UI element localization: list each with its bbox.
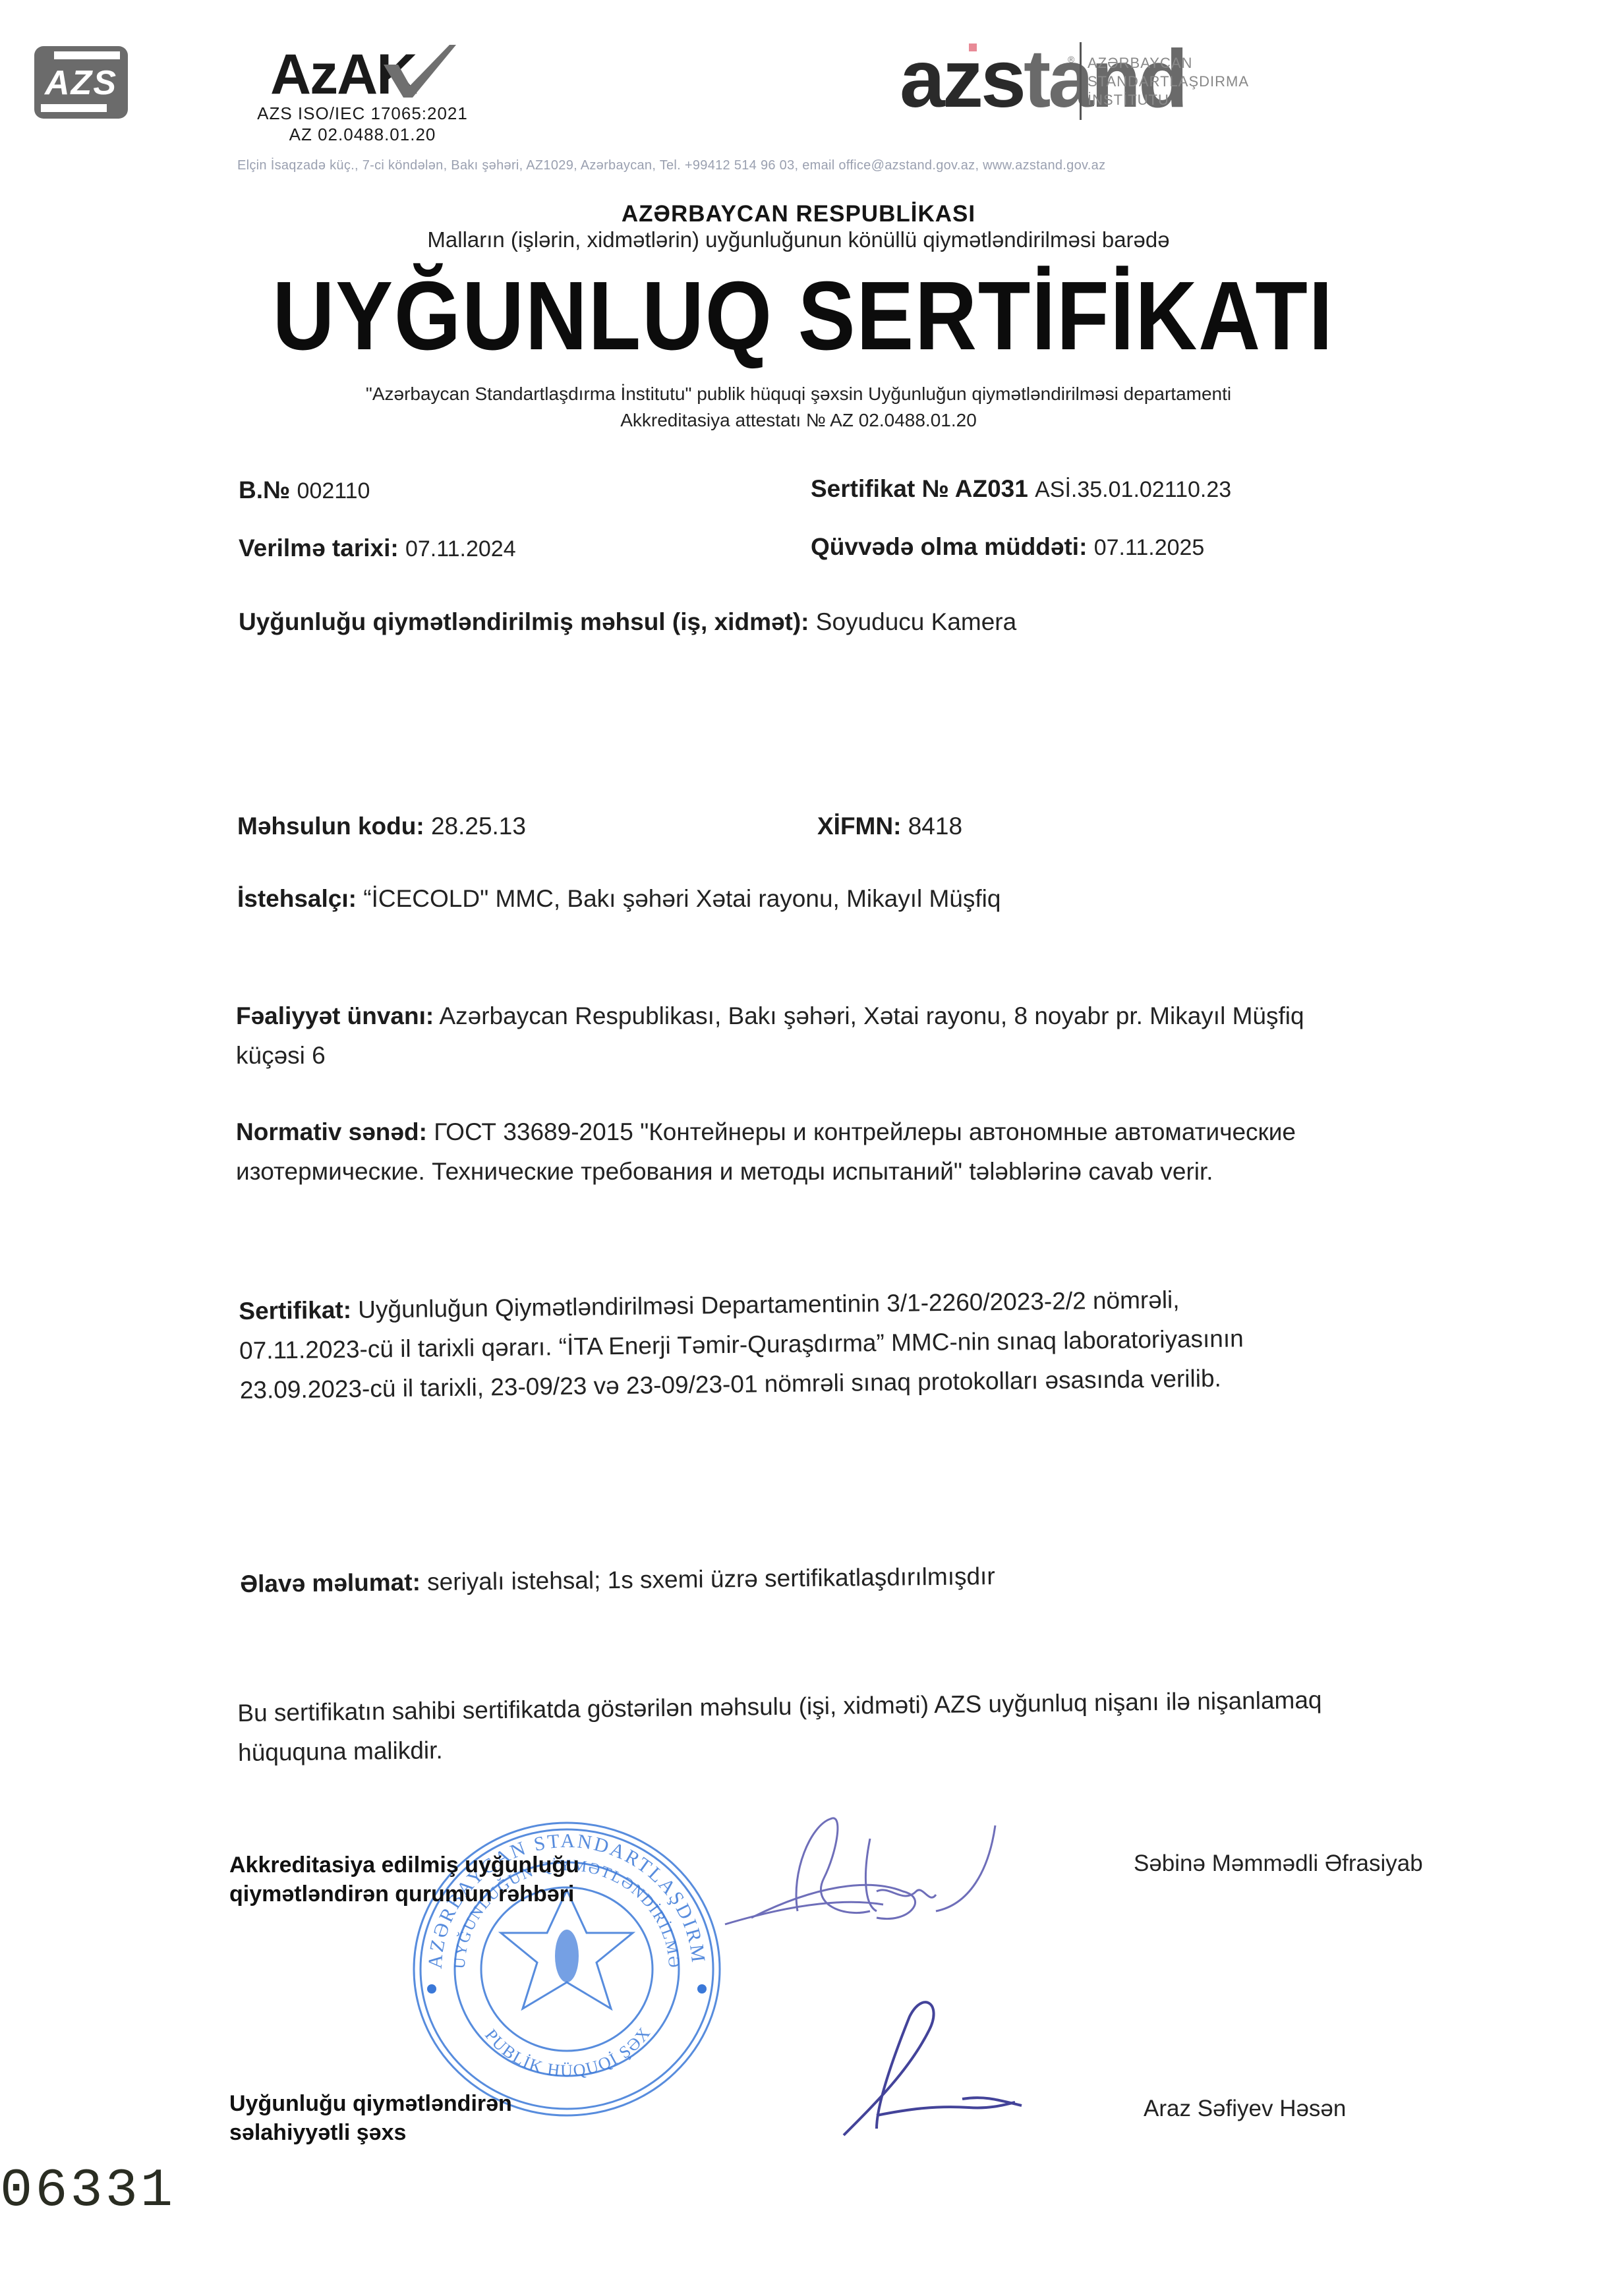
field-value: Uyğunluğun Qiymətləndirilməsi Departamen… bbox=[358, 1286, 1180, 1323]
institute-line: STANDARTLAŞDIRMA bbox=[1088, 72, 1249, 91]
issue-date: Verilmə tarixi: 07.11.2024 bbox=[239, 531, 516, 566]
registered-icon: ® bbox=[1068, 54, 1074, 65]
institute-line: AZƏRBAYCAN bbox=[1088, 54, 1249, 72]
normative-document: Normativ sənəd: ГОСТ 33689-2015 "Контейн… bbox=[236, 1112, 1296, 1191]
product: Uyğunluğu qiymətləndirilmiş məhsul (iş, … bbox=[239, 605, 1016, 639]
xifmn-code: XİFMN: 8418 bbox=[817, 809, 962, 844]
field-label: Uyğunluğu qiymətləndirilmiş məhsul (iş, … bbox=[239, 608, 809, 635]
authorized-signatory-label: Uyğunluğu qiymətləndirən səlahiyyətli şə… bbox=[229, 2089, 512, 2147]
field-label: Sertifikat № AZ031 bbox=[811, 475, 1028, 502]
field-label: Məhsulun kodu: bbox=[237, 813, 424, 840]
field-value: seriyalı istehsal; 1s sxemi üzrə sertifi… bbox=[427, 1563, 995, 1595]
field-label: Qüvvədə olma müddəti: bbox=[811, 533, 1087, 560]
contact-line: Elçin İsaqzadə küç., 7-ci köndələn, Bakı… bbox=[237, 158, 1450, 173]
serial-number: 06331 bbox=[0, 2160, 175, 2222]
azak-standard: AZS ISO/IEC 17065:2021 bbox=[237, 103, 488, 124]
certificate-title: UYĞUNLUQ SERTİFİKATI bbox=[100, 264, 1505, 369]
signatory-label-line: qiymətləndirən qurumun rəhbəri bbox=[229, 1880, 579, 1909]
activity-address: Fəaliyyət ünvanı: Azərbaycan Respublikas… bbox=[236, 996, 1304, 1076]
field-label: Verilmə tarixi: bbox=[239, 534, 399, 561]
signatory-label-line: Akkreditasiya edilmiş uyğunluğu bbox=[229, 1851, 579, 1880]
issuing-department: "Azərbaycan Standartlaşdırma İnstitutu" … bbox=[0, 384, 1597, 405]
azak-accreditation-number: AZ 02.0488.01.20 bbox=[237, 124, 488, 145]
signatory-label-line: səlahiyyətli şəxs bbox=[229, 2118, 512, 2147]
field-value: Azərbaycan Respublikası, Bakı şəhəri, Xə… bbox=[439, 1002, 1304, 1029]
field-value: 8418 bbox=[908, 813, 962, 840]
rights-statement: Bu sertifikatın sahibi sertifikatda göst… bbox=[237, 1680, 1323, 1773]
blank-number: B.№ 002110 bbox=[239, 473, 370, 508]
checkmark-icon bbox=[384, 45, 456, 98]
field-label: XİFMN: bbox=[817, 813, 901, 840]
field-label: Normativ sənəd: bbox=[236, 1118, 427, 1145]
field-value: 07.11.2025 bbox=[1094, 535, 1205, 560]
authorized-signature bbox=[837, 1990, 1074, 2142]
field-value: ASİ.35.01.02110.23 bbox=[1035, 477, 1231, 502]
field-label: Əlavə məlumat: bbox=[240, 1568, 421, 1597]
field-label: B.№ bbox=[239, 476, 290, 503]
azak-accreditation: AZS ISO/IEC 17065:2021 AZ 02.0488.01.20 bbox=[237, 103, 488, 145]
logo-divider bbox=[1080, 42, 1082, 120]
valid-until: Qüvvədə olma müddəti: 07.11.2025 bbox=[811, 530, 1204, 565]
azs-logo-text: AZS bbox=[40, 66, 123, 100]
field-value: “İCECOLD" MMC, Bakı şəhəri Xətai rayonu,… bbox=[363, 885, 1001, 912]
institute-line: İNSTİTUTU bbox=[1088, 91, 1249, 109]
field-value: 07.11.2024 bbox=[405, 536, 516, 561]
authorized-signatory-name: Araz Səfiyev Həsən bbox=[1144, 2096, 1346, 2122]
certificate-basis: Sertifikat: Uyğunluğun Qiymətləndirilməs… bbox=[239, 1279, 1244, 1410]
field-value: 28.25.13 bbox=[431, 813, 526, 840]
manufacturer: İstehsalçı: “İCECOLD" MMC, Bakı şəhəri X… bbox=[237, 882, 1001, 916]
field-value: Soyuducu Kamera bbox=[816, 608, 1016, 635]
certificate-subject: Malların (işlərin, xidmətlərin) uyğunluğ… bbox=[0, 227, 1597, 252]
republic-heading: AZƏRBAYCAN RESPUBLİKASI bbox=[0, 201, 1597, 227]
azstand-logo-dark: azs bbox=[900, 34, 1024, 125]
certificate-number: Sertifikat № AZ031 ASİ.35.01.02110.23 bbox=[811, 472, 1231, 507]
product-code: Məhsulun kodu: 28.25.13 bbox=[237, 809, 526, 844]
head-signature bbox=[712, 1812, 1081, 1937]
field-value: изотермические. Технические требования и… bbox=[236, 1152, 1296, 1191]
azstand-institute-name: AZƏRBAYCAN STANDARTLAŞDIRMA İNSTİTUTU bbox=[1088, 54, 1249, 109]
field-label: Fəaliyyət ünvanı: bbox=[236, 1002, 434, 1029]
field-value: küçəsi 6 bbox=[236, 1036, 1304, 1076]
signatory-label-line: Uyğunluğu qiymətləndirən bbox=[229, 2089, 512, 2118]
field-label: İstehsalçı: bbox=[237, 885, 357, 912]
azs-logo: AZS bbox=[34, 46, 128, 119]
head-signatory-name: Səbinə Məmmədli Əfrasiyab bbox=[1134, 1851, 1423, 1877]
accreditation-attestation: Akkreditasiya attestatı № AZ 02.0488.01.… bbox=[0, 410, 1597, 431]
field-value: 002110 bbox=[297, 478, 370, 503]
azstand-accent-dot bbox=[969, 43, 977, 51]
head-signatory-label: Akkreditasiya edilmiş uyğunluğu qiymətlə… bbox=[229, 1851, 579, 1909]
additional-info: Əlavə məlumat: seriyalı istehsal; 1s sxe… bbox=[240, 1559, 995, 1601]
field-value: ГОСТ 33689-2015 "Контейнеры и контрейлер… bbox=[434, 1118, 1296, 1145]
field-label: Sertifikat: bbox=[239, 1296, 351, 1325]
